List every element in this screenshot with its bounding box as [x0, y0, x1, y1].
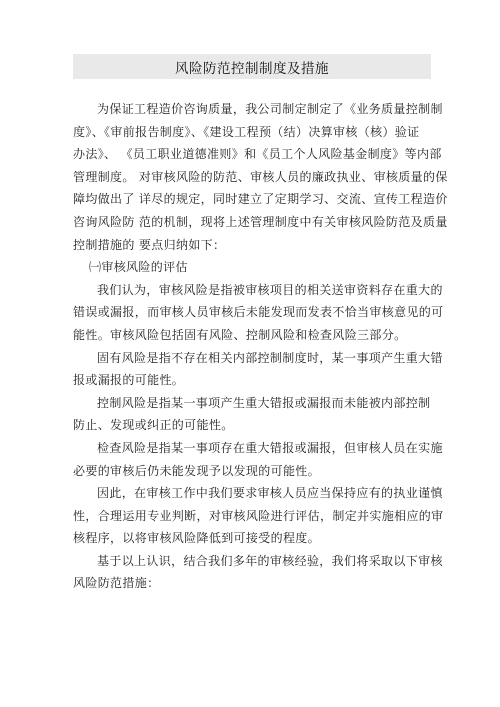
- text-line: 风险防范措施：: [73, 572, 433, 595]
- text-line: 必要的审核后仍未能发现予以发现的可能性。: [73, 460, 433, 483]
- section-heading: ㈠审核风险的评估: [73, 256, 433, 279]
- text-line: 基于以上认识，结合我们多年的审核经验，我们将采取以下审核: [73, 550, 433, 573]
- text-line: 能性。审核风险包括固有风险、控制风险和检查风险三部分。: [73, 324, 433, 347]
- text-line: 为保证工程造价咨询质量，我公司制定制定了《业务质量控制制: [73, 98, 433, 121]
- text-line: 错误或漏报，而审核人员审核后未能发现而发表不恰当审核意见的可: [73, 301, 433, 324]
- text-line: 管理制度。 对审核风险的防范、审核人员的廉政执业、审核质量的保: [73, 166, 433, 189]
- text-line: 检查风险是指某一事项存在重大错报或漏报，但审核人员在实施: [73, 437, 433, 460]
- text-line: 报或漏报的可能性。: [73, 369, 433, 392]
- text-line: 核程序，以将审核风险降低到可接受的程度。: [73, 527, 433, 550]
- text-line: 固有风险是指不存在相关内部控制制度时，某一事项产生重大错: [73, 347, 433, 370]
- text-line: 防止、发现或纠正的可能性。: [73, 414, 433, 437]
- document-title: 风险防范控制制度及措施: [175, 57, 329, 77]
- text-line: 障均做出了 详尽的规定，同时建立了定期学习、交流、宣传工程造价: [73, 188, 433, 211]
- text-line: 办法》、 《员工职业道德准则》和《员工个人风险基金制度》等内部: [73, 143, 433, 166]
- document-body: 为保证工程造价咨询质量，我公司制定制定了《业务质量控制制 度》、《审前报告制度》…: [73, 98, 433, 595]
- text-line: 咨询风险防 范的机制，现将上述管理制度中有关审核风险防范及质量: [73, 211, 433, 234]
- text-line: 因此，在审核工作中我们要求审核人员应当保持应有的执业谨慎: [73, 482, 433, 505]
- text-line: 我们认为，审核风险是指被审核项目的相关送审资料存在重大的: [73, 279, 433, 302]
- title-banner: 风险防范控制制度及措施: [73, 54, 431, 79]
- text-line: 性，合理运用专业判断，对审核风险进行评估，制定并实施相应的审: [73, 505, 433, 528]
- text-line: 控制风险是指某一事项产生重大错报或漏报而未能被内部控制: [73, 392, 433, 415]
- text-line: 度》、《审前报告制度》、《建设工程预（结）决算审核（核）验证: [73, 121, 433, 144]
- text-line: 控制措施的 要点归纳如下：: [73, 234, 433, 257]
